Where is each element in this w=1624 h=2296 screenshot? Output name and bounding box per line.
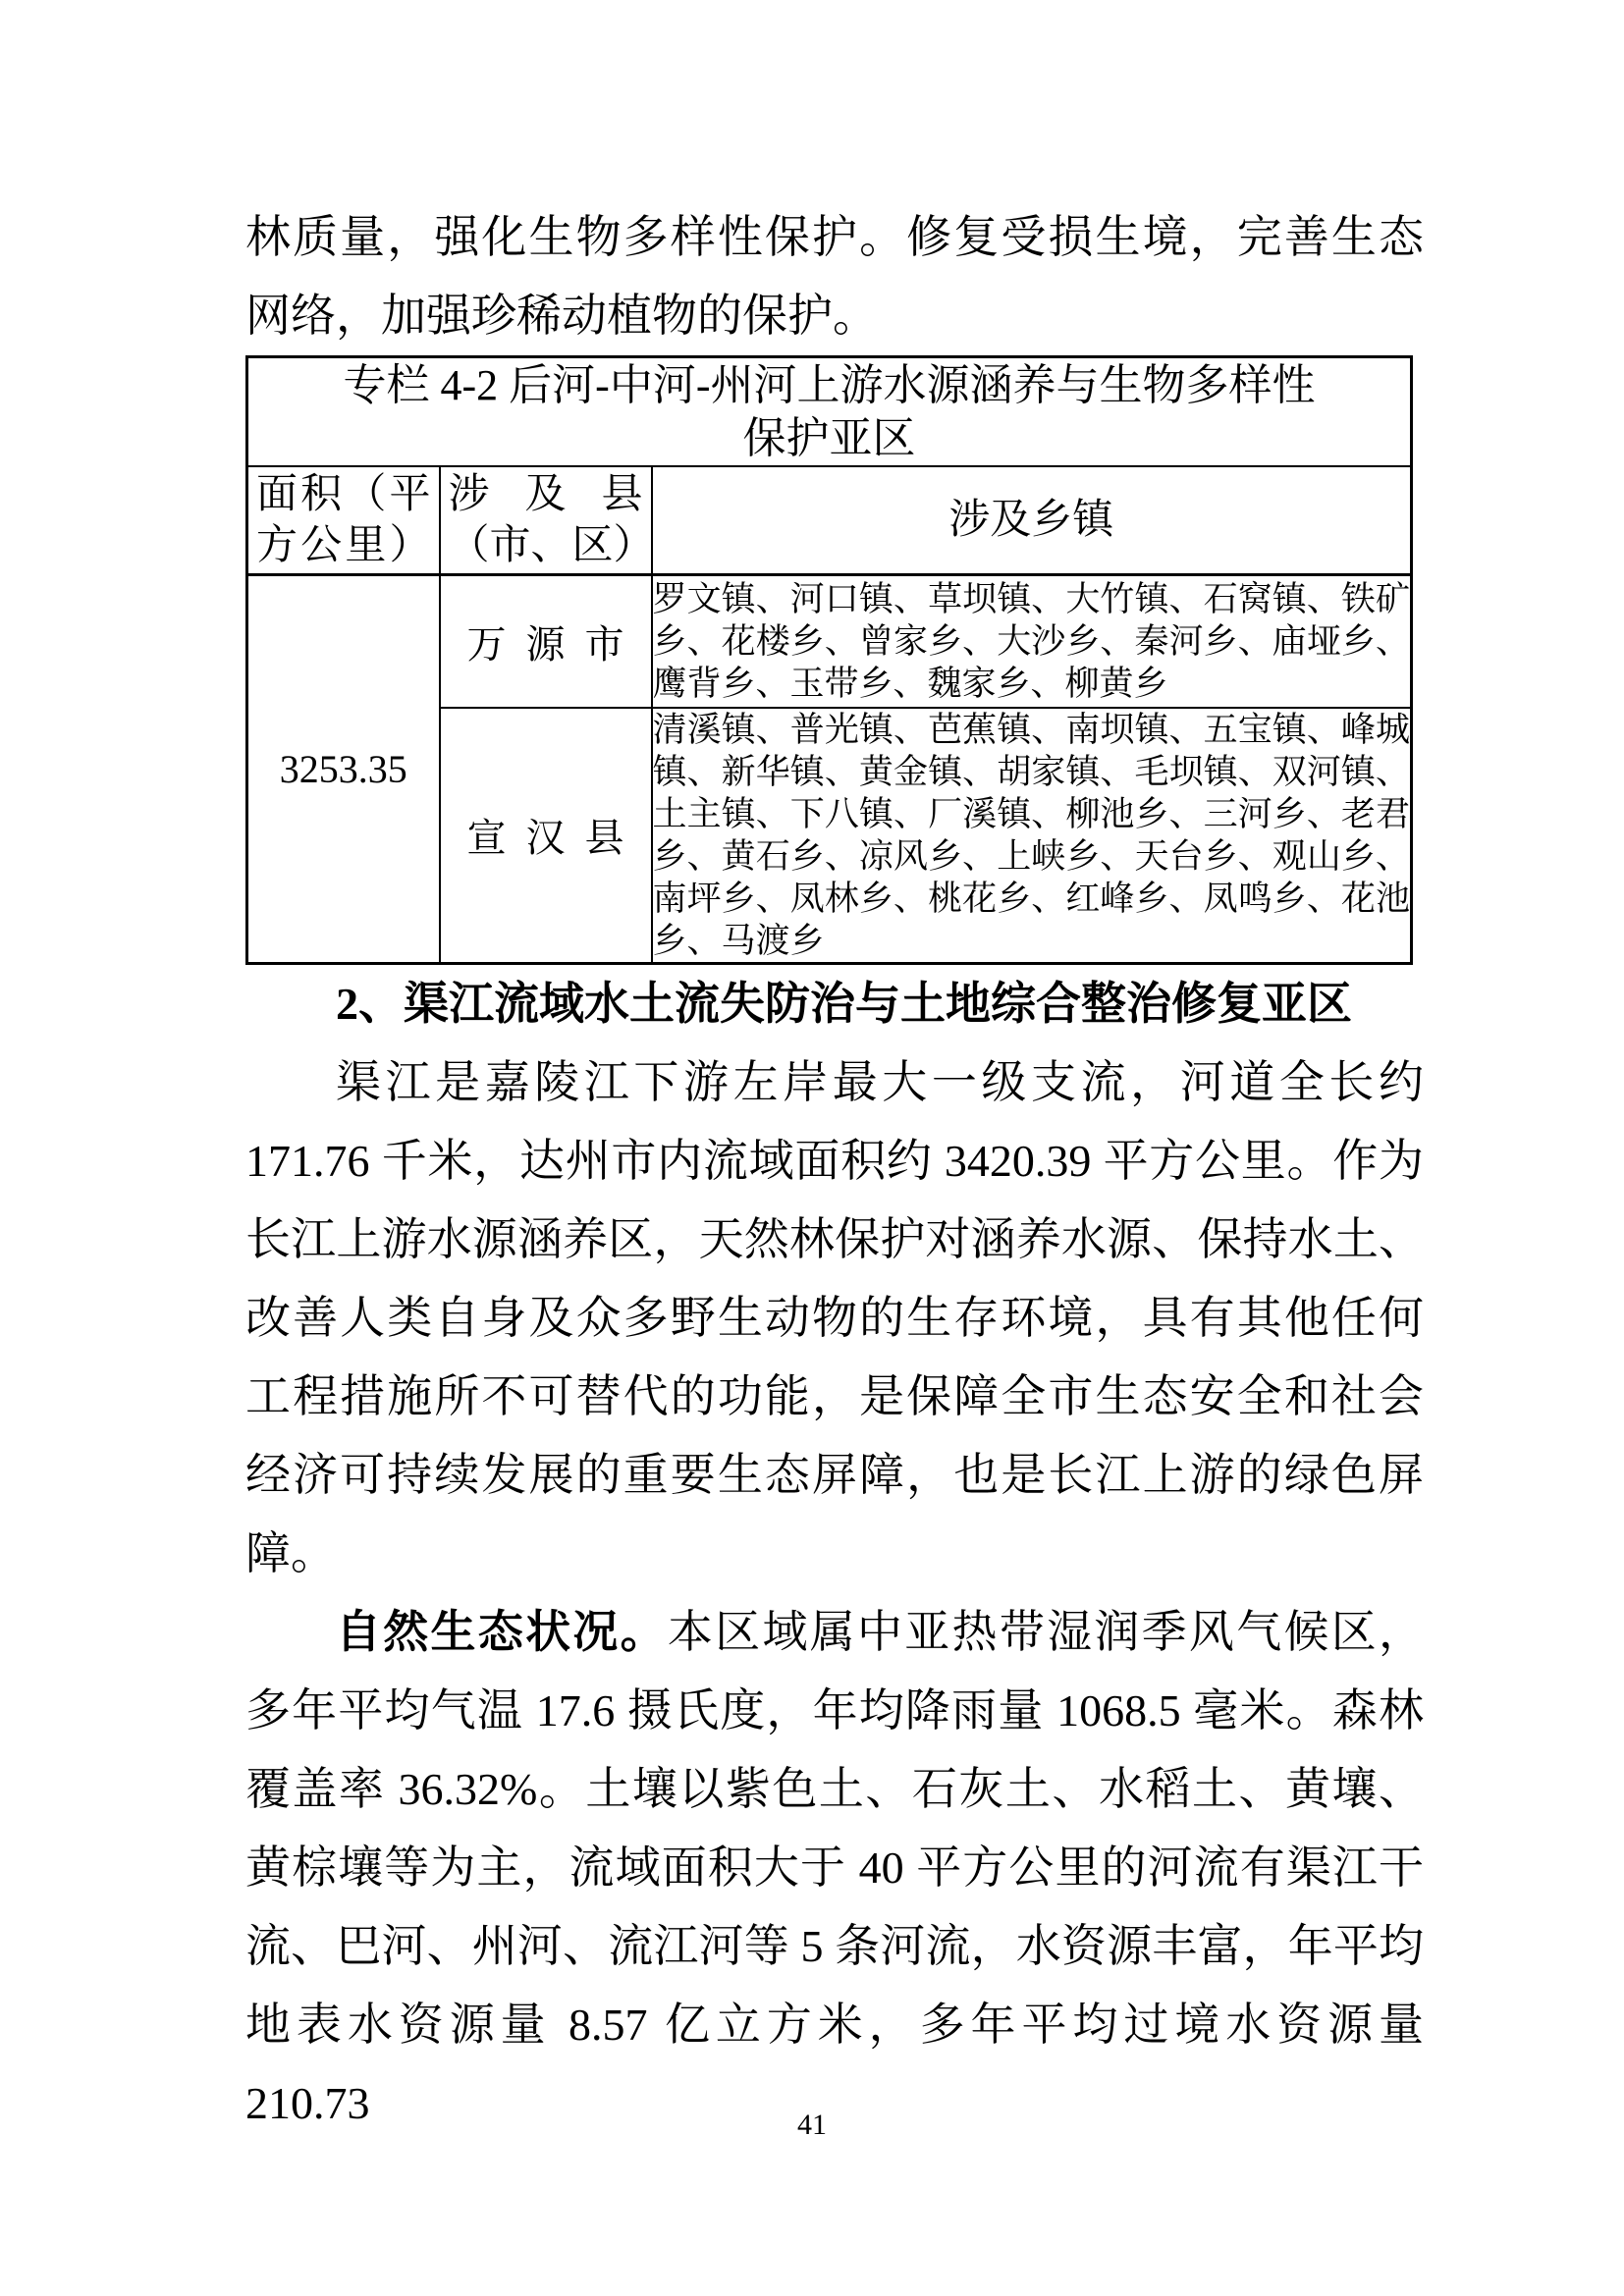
document-page: 林质量，强化生物多样性保护。修复受损生境，完善生态网络，加强珍稀动植物的保护。 … [0,0,1624,2296]
cell-county-wanyuan: 万源市 [440,575,652,708]
section-heading: 2、渠江流域水土流失防治与土地综合整治修复亚区 [245,965,1424,1043]
column-header-county: 涉及县（市、区） [440,466,652,575]
cell-townships-wanyuan: 罗文镇、河口镇、草坝镇、大竹镇、石窝镇、铁矿乡、花楼乡、曾家乡、大沙乡、秦河乡、… [652,575,1412,708]
subarea-table: 专栏 4-2 后河-中河-州河上游水源涵养与生物多样性保护亚区 面积（平方公里）… [245,355,1413,965]
cell-area-value: 3253.35 [247,575,440,964]
paragraph-intro: 林质量，强化生物多样性保护。修复受损生境，完善生态网络，加强珍稀动植物的保护。 [245,198,1424,355]
table-title: 专栏 4-2 后河-中河-州河上游水源涵养与生物多样性保护亚区 [247,357,1412,467]
table-row: 3253.35 万源市 罗文镇、河口镇、草坝镇、大竹镇、石窝镇、铁矿乡、花楼乡、… [247,575,1412,708]
column-header-townships: 涉及乡镇 [652,466,1412,575]
table-title-row: 专栏 4-2 后河-中河-州河上游水源涵养与生物多样性保护亚区 [247,357,1412,467]
paragraph-qujiang-overview: 渠江是嘉陵江下游左岸最大一级支流，河道全长约171.76 千米，达州市内流域面积… [245,1043,1424,1593]
page-number: 41 [0,2109,1624,2142]
cell-county-xuanhan: 宣汉县 [440,708,652,964]
table-header-row: 面积（平方公里） 涉及县（市、区） 涉及乡镇 [247,466,1412,575]
column-header-townships-label: 涉及乡镇 [653,495,1411,546]
paragraph-natural-ecology: 自然生态状况。本区域属中亚热带湿润季风气候区，多年平均气温 17.6 摄氏度，年… [245,1593,1424,2143]
cell-townships-xuanhan: 清溪镇、普光镇、芭蕉镇、南坝镇、五宝镇、峰城镇、新华镇、黄金镇、胡家镇、毛坝镇、… [652,708,1412,964]
column-header-area: 面积（平方公里） [247,466,440,575]
